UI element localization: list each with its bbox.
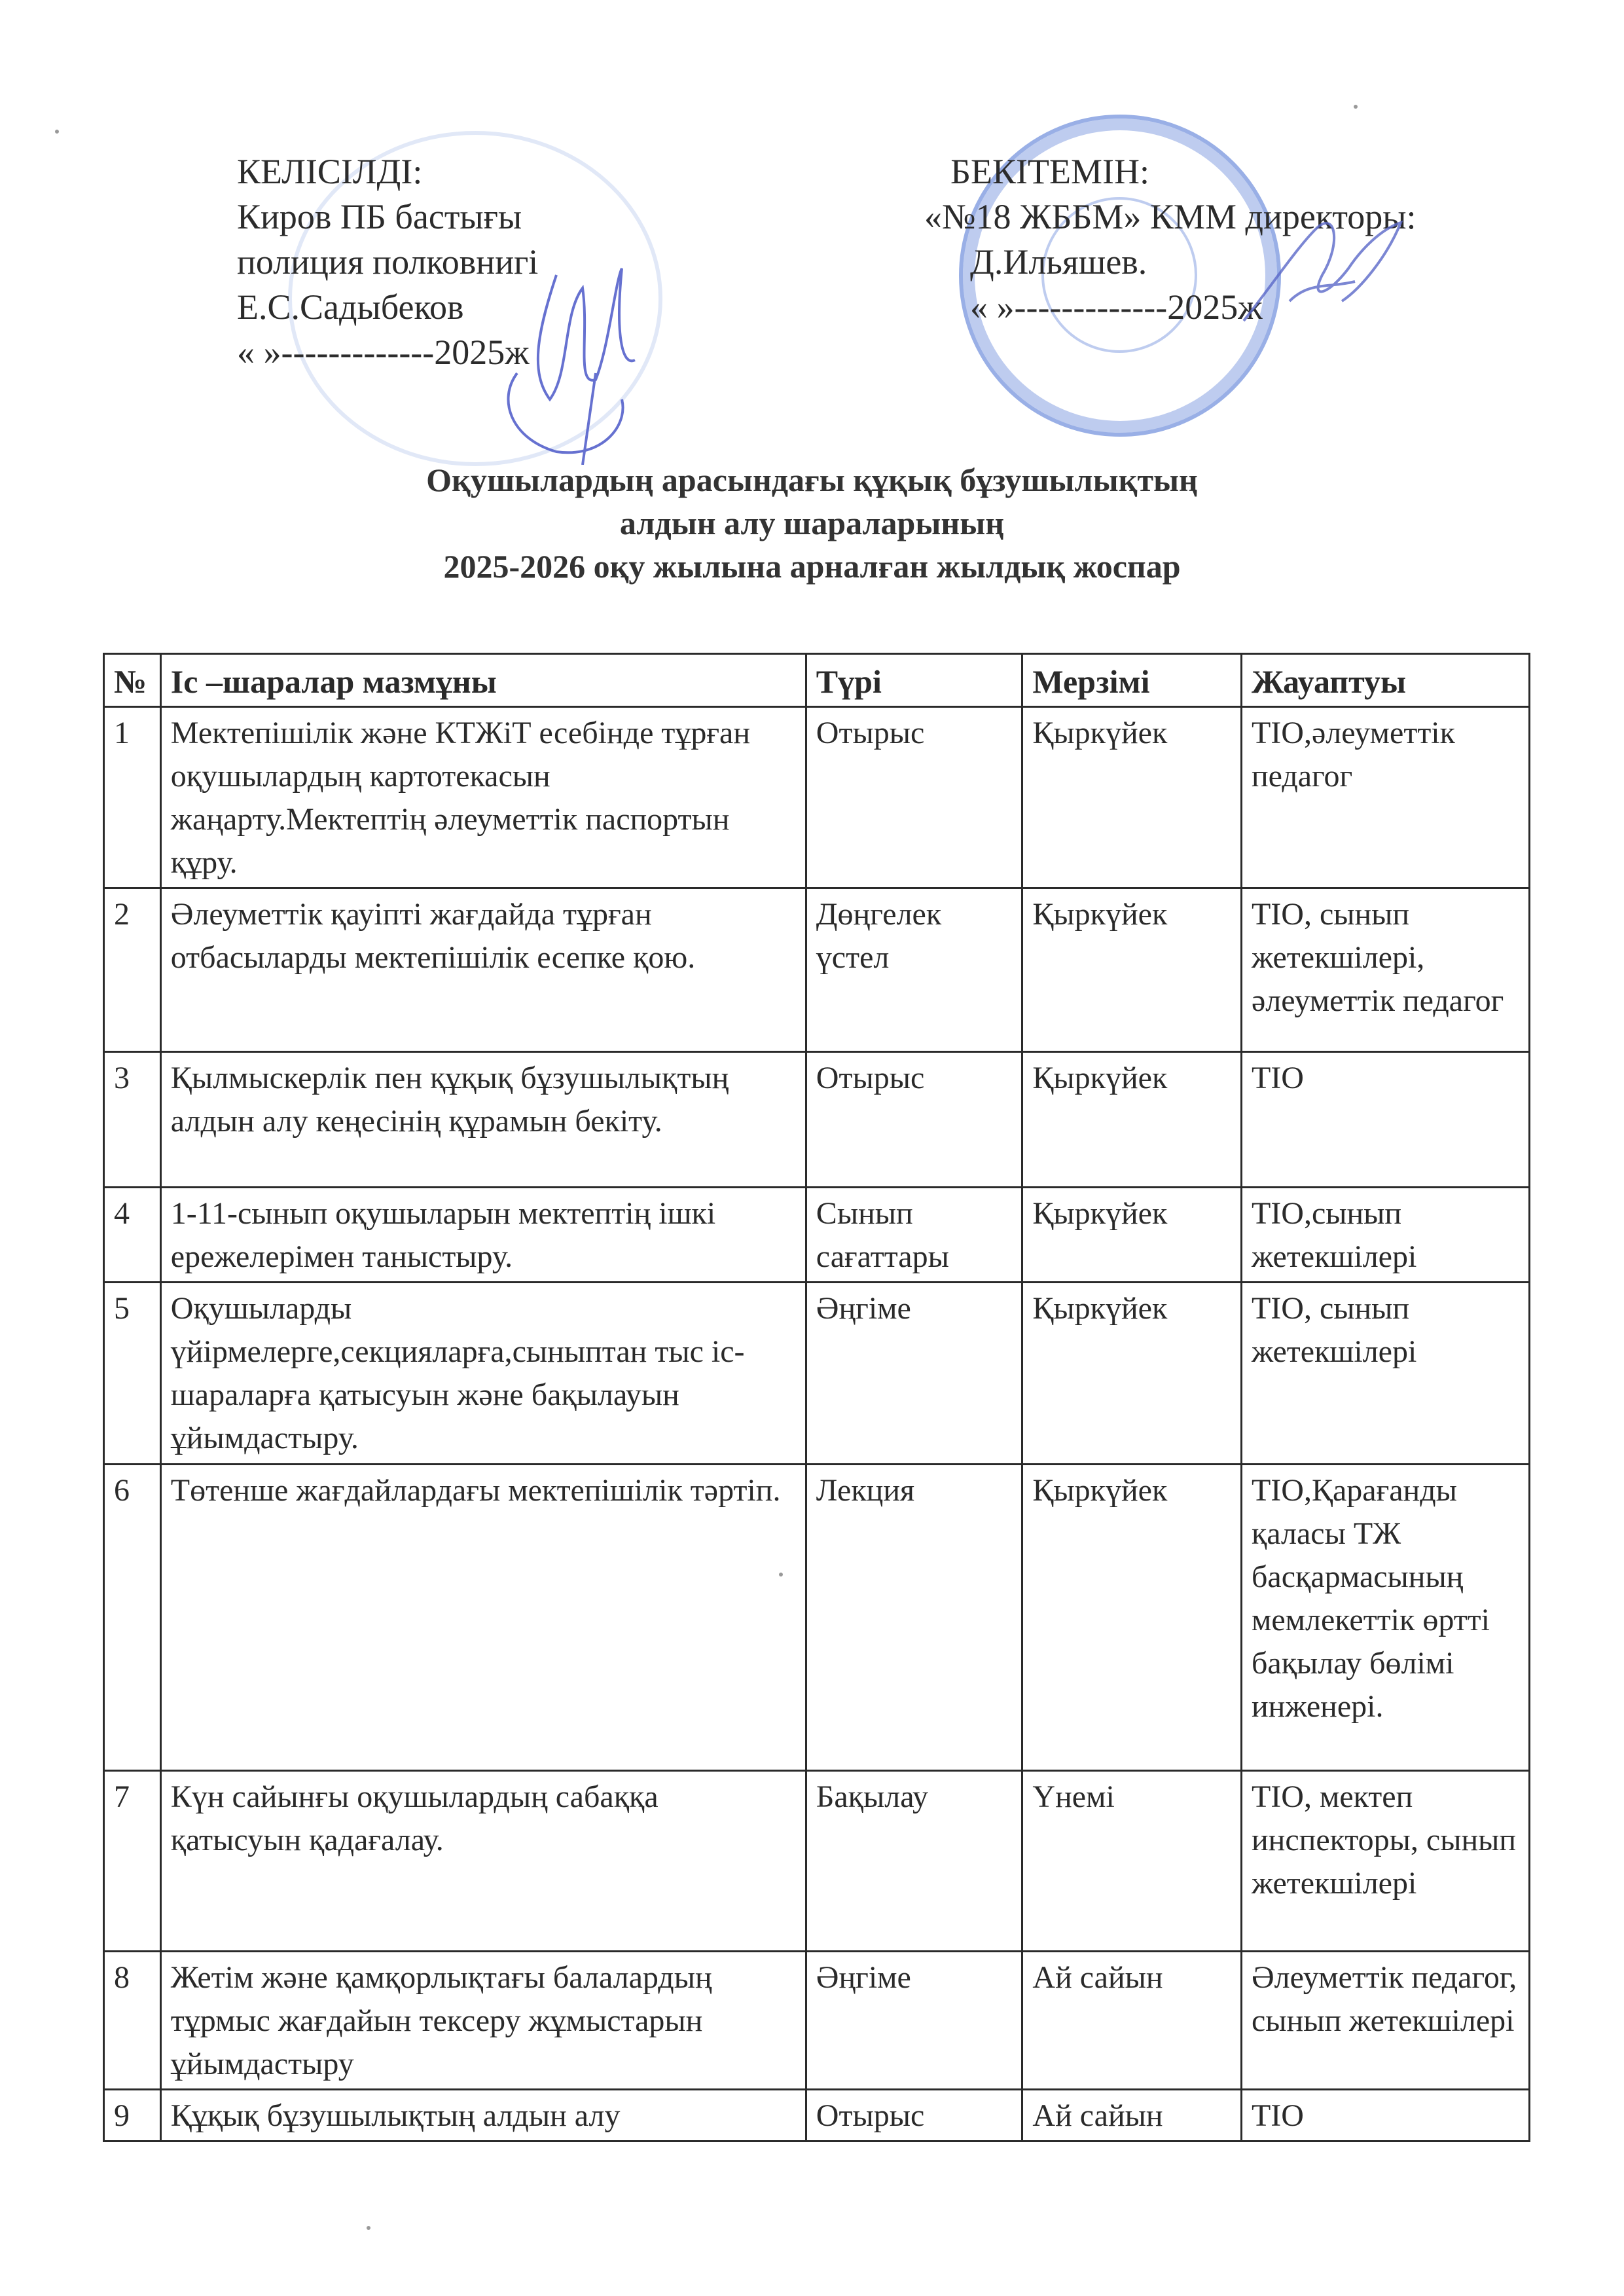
agreed-heading: КЕЛІСІЛДІ: <box>237 149 538 194</box>
row-content: Төтенше жағдайлардағы мектепішілік тәрті… <box>160 1465 806 1771</box>
row-responsible: ТІО, сынып жетекшілері <box>1241 1283 1529 1465</box>
row-content: Жетім және қамқорлықтағы балалардың тұрм… <box>160 1952 806 2090</box>
row-content: Құқық бұзушылықтың алдын алу <box>160 2090 806 2141</box>
row-term: Қыркүйек <box>1022 707 1242 888</box>
document-title: Оқушылардың арасындағы құқық бұзушылықты… <box>0 458 1624 588</box>
title-line-3: 2025-2026 оқу жылына арналған жылдық жос… <box>0 545 1624 588</box>
plan-table: № Іс –шаралар мазмұны Түрі Мерзімі Жауап… <box>103 653 1530 2142</box>
row-responsible: ТІО,әлеуметтік педагог <box>1241 707 1529 888</box>
row-responsible: ТІО <box>1241 1052 1529 1188</box>
header-responsible: Жауаптуы <box>1241 654 1529 707</box>
row-content: Әлеуметтік қауіпті жағдайда тұрған отбас… <box>160 888 806 1052</box>
row-content: Қылмыскерлік пен құқық бұзушылықтың алды… <box>160 1052 806 1188</box>
row-number: 4 <box>104 1188 161 1283</box>
row-responsible: Әлеуметтік педагог, сынып жетекшілері <box>1241 1952 1529 2090</box>
approved-heading: БЕКІТЕМІН: <box>924 149 1416 194</box>
row-type: Бақылау <box>806 1771 1022 1952</box>
table-row: 3 Қылмыскерлік пен құқық бұзушылықтың ал… <box>104 1052 1530 1188</box>
title-line-2: алдын алу шараларының <box>0 501 1624 545</box>
row-responsible: ТІО, сынып жетекшілері, әлеуметтік педаг… <box>1241 888 1529 1052</box>
scan-speck <box>1354 105 1358 109</box>
row-type: Әңгіме <box>806 1283 1022 1465</box>
row-responsible: ТІО, мектеп инспекторы, сынып жетекшілер… <box>1241 1771 1529 1952</box>
scan-speck <box>779 1573 783 1576</box>
row-number: 5 <box>104 1283 161 1465</box>
row-term: Ай сайын <box>1022 1952 1242 2090</box>
table-row: 5 Оқушыларды үйірмелерге,секцияларға,сын… <box>104 1283 1530 1465</box>
row-type: Отырыс <box>806 707 1022 888</box>
table-row: 1 Мектепішілік және КТЖіТ есебінде тұрға… <box>104 707 1530 888</box>
row-content: Оқушыларды үйірмелерге,секцияларға,сынып… <box>160 1283 806 1465</box>
scan-speck <box>367 2226 370 2230</box>
row-term: Үнемі <box>1022 1771 1242 1952</box>
row-type: Дөңгелек үстел <box>806 888 1022 1052</box>
table-header-row: № Іс –шаралар мазмұны Түрі Мерзімі Жауап… <box>104 654 1530 707</box>
row-number: 1 <box>104 707 161 888</box>
row-number: 9 <box>104 2090 161 2141</box>
row-type: Сынып сағаттары <box>806 1188 1022 1283</box>
table-row: 7 Күн сайынғы оқушылардың сабаққа қатысу… <box>104 1771 1530 1952</box>
row-responsible: ТІО,Қарағанды қаласы ТЖ басқармасының ме… <box>1241 1465 1529 1771</box>
row-term: Қыркүйек <box>1022 1052 1242 1188</box>
signature-right-icon <box>1231 190 1427 334</box>
row-term: Ай сайын <box>1022 2090 1242 2141</box>
header-type: Түрі <box>806 654 1022 707</box>
row-content: 1-11-сынып оқушыларын мектептің ішкі ере… <box>160 1188 806 1283</box>
scan-speck <box>55 130 59 134</box>
row-type: Отырыс <box>806 1052 1022 1188</box>
header-term: Мерзімі <box>1022 654 1242 707</box>
row-number: 3 <box>104 1052 161 1188</box>
row-type: Әңгіме <box>806 1952 1022 2090</box>
row-term: Қыркүйек <box>1022 1283 1242 1465</box>
row-term: Қыркүйек <box>1022 888 1242 1052</box>
table-row: 9 Құқық бұзушылықтың алдын алу Отырыс Ай… <box>104 2090 1530 2141</box>
header-number: № <box>104 654 161 707</box>
table-row: 6 Төтенше жағдайлардағы мектепішілік тәр… <box>104 1465 1530 1771</box>
table-row: 8 Жетім және қамқорлықтағы балалардың тұ… <box>104 1952 1530 2090</box>
row-number: 8 <box>104 1952 161 2090</box>
header-content: Іс –шаралар мазмұны <box>160 654 806 707</box>
row-type: Отырыс <box>806 2090 1022 2141</box>
signature-left-icon <box>458 203 668 465</box>
row-term: Қыркүйек <box>1022 1465 1242 1771</box>
row-content: Күн сайынғы оқушылардың сабаққа қатысуын… <box>160 1771 806 1952</box>
table-row: 4 1-11-сынып оқушыларын мектептің ішкі е… <box>104 1188 1530 1283</box>
row-number: 6 <box>104 1465 161 1771</box>
title-line-1: Оқушылардың арасындағы құқық бұзушылықты… <box>0 458 1624 501</box>
row-responsible: ТІО <box>1241 2090 1529 2141</box>
row-content: Мектепішілік және КТЖіТ есебінде тұрған … <box>160 707 806 888</box>
row-term: Қыркүйек <box>1022 1188 1242 1283</box>
table-row: 2 Әлеуметтік қауіпті жағдайда тұрған отб… <box>104 888 1530 1052</box>
row-number: 7 <box>104 1771 161 1952</box>
row-number: 2 <box>104 888 161 1052</box>
row-responsible: ТІО,сынып жетекшілері <box>1241 1188 1529 1283</box>
row-type: Лекция <box>806 1465 1022 1771</box>
